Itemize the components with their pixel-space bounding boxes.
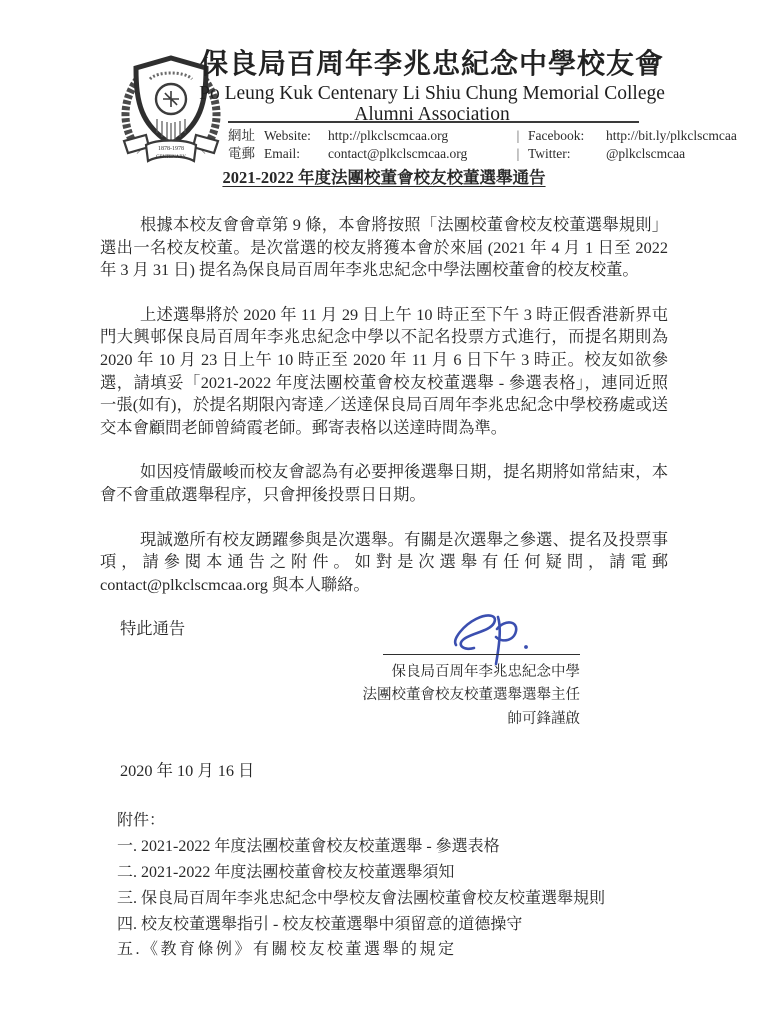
notice-title: 2021-2022 年度法團校董會校友校董選舉通告 [100,166,668,190]
website-label-en: Website: [264,127,328,145]
notice-body: 2021-2022 年度法團校董會校友校董選舉通告 根據本校友會會章第 9 條，… [100,166,668,963]
letterhead-divider [228,121,639,123]
attachment-item-5: 五.《教育條例》有關校友校董選舉的規定 [117,937,668,963]
email-label-zh: 電郵 [228,145,264,163]
facebook-label: Facebook: [528,127,606,145]
org-name-en-line1: Po Leung Kuk Centenary Li Shiu Chung Mem… [198,83,666,104]
twitter-handle: @plkclscmcaa [606,145,737,163]
closing-phrase: 特此通告 [100,618,668,641]
signoff-signer-name: 帥可鋒謹啟 [100,708,580,732]
attachments-heading: 附件： [117,808,668,834]
org-name-en: Po Leung Kuk Centenary Li Shiu Chung Mem… [198,83,666,125]
attachment-item-4: 四. 校友校董選舉指引 - 校友校董選舉中須留意的道德操守 [117,912,668,938]
crest-banner-word: CENTENARY [156,155,186,160]
attachment-item-1: 一. 2021-2022 年度法團校董會校友校董選舉 - 參選表格 [117,834,668,860]
attachment-item-3: 三. 保良局百周年李兆忠紀念中學校友會法團校董會校友校董選舉規則 [117,886,668,912]
facebook-url: http://bit.ly/plkclscmcaa [606,127,737,145]
signoff-role: 法團校董會校友校董選舉選舉主任 [100,684,580,708]
contact-info: 網址 Website: http://plkclscmcaa.org | Fac… [228,127,648,162]
signature-line [383,654,580,655]
paragraph-1: 根據本校友會會章第 9 條，本會將按照「法團校董會校友校董選舉規則」選出一名校友… [100,214,668,282]
email-label-en: Email: [264,145,328,163]
signature-block: 保良局百周年李兆忠紀念中學 法團校董會校友校董選舉選舉主任 帥可鋒謹啟 [100,643,668,732]
contact-separator: | [508,145,528,163]
paragraph-2: 上述選舉將於 2020 年 11 月 29 日上午 10 時正至下午 3 時正假… [100,304,668,440]
notice-date: 2020 年 10 月 16 日 [100,760,668,782]
paragraph-4: 現誠邀所有校友踴躍參與是次選舉。有關是次選舉之參選、提名及投票事項，請參閱本通告… [100,529,668,597]
website-url: http://plkclscmcaa.org [328,127,508,145]
contact-separator: | [508,127,528,145]
handwritten-signature [442,609,538,665]
website-label-zh: 網址 [228,127,264,145]
attachments-list: 附件： 一. 2021-2022 年度法團校董會校友校董選舉 - 參選表格 二.… [100,808,668,963]
attachment-item-2: 二. 2021-2022 年度法團校董會校友校董選舉須知 [117,860,668,886]
twitter-label: Twitter: [528,145,606,163]
paragraph-3: 如因疫情嚴峻而校友會認為有必要押後選舉日期，提名期將如常結束，本會不會重啟選舉程… [100,461,668,506]
org-name-zh: 保良局百周年李兆忠紀念中學校友會 [198,42,666,82]
email-address: contact@plkclscmcaa.org [328,145,508,163]
signature-row [100,643,580,655]
crest-banner-year: 1878-1978 [158,146,184,152]
scanned-notice-page: 1878-1978 CENTENARY 保良局百周年李兆忠紀念中學校友會 Po … [0,0,769,1023]
